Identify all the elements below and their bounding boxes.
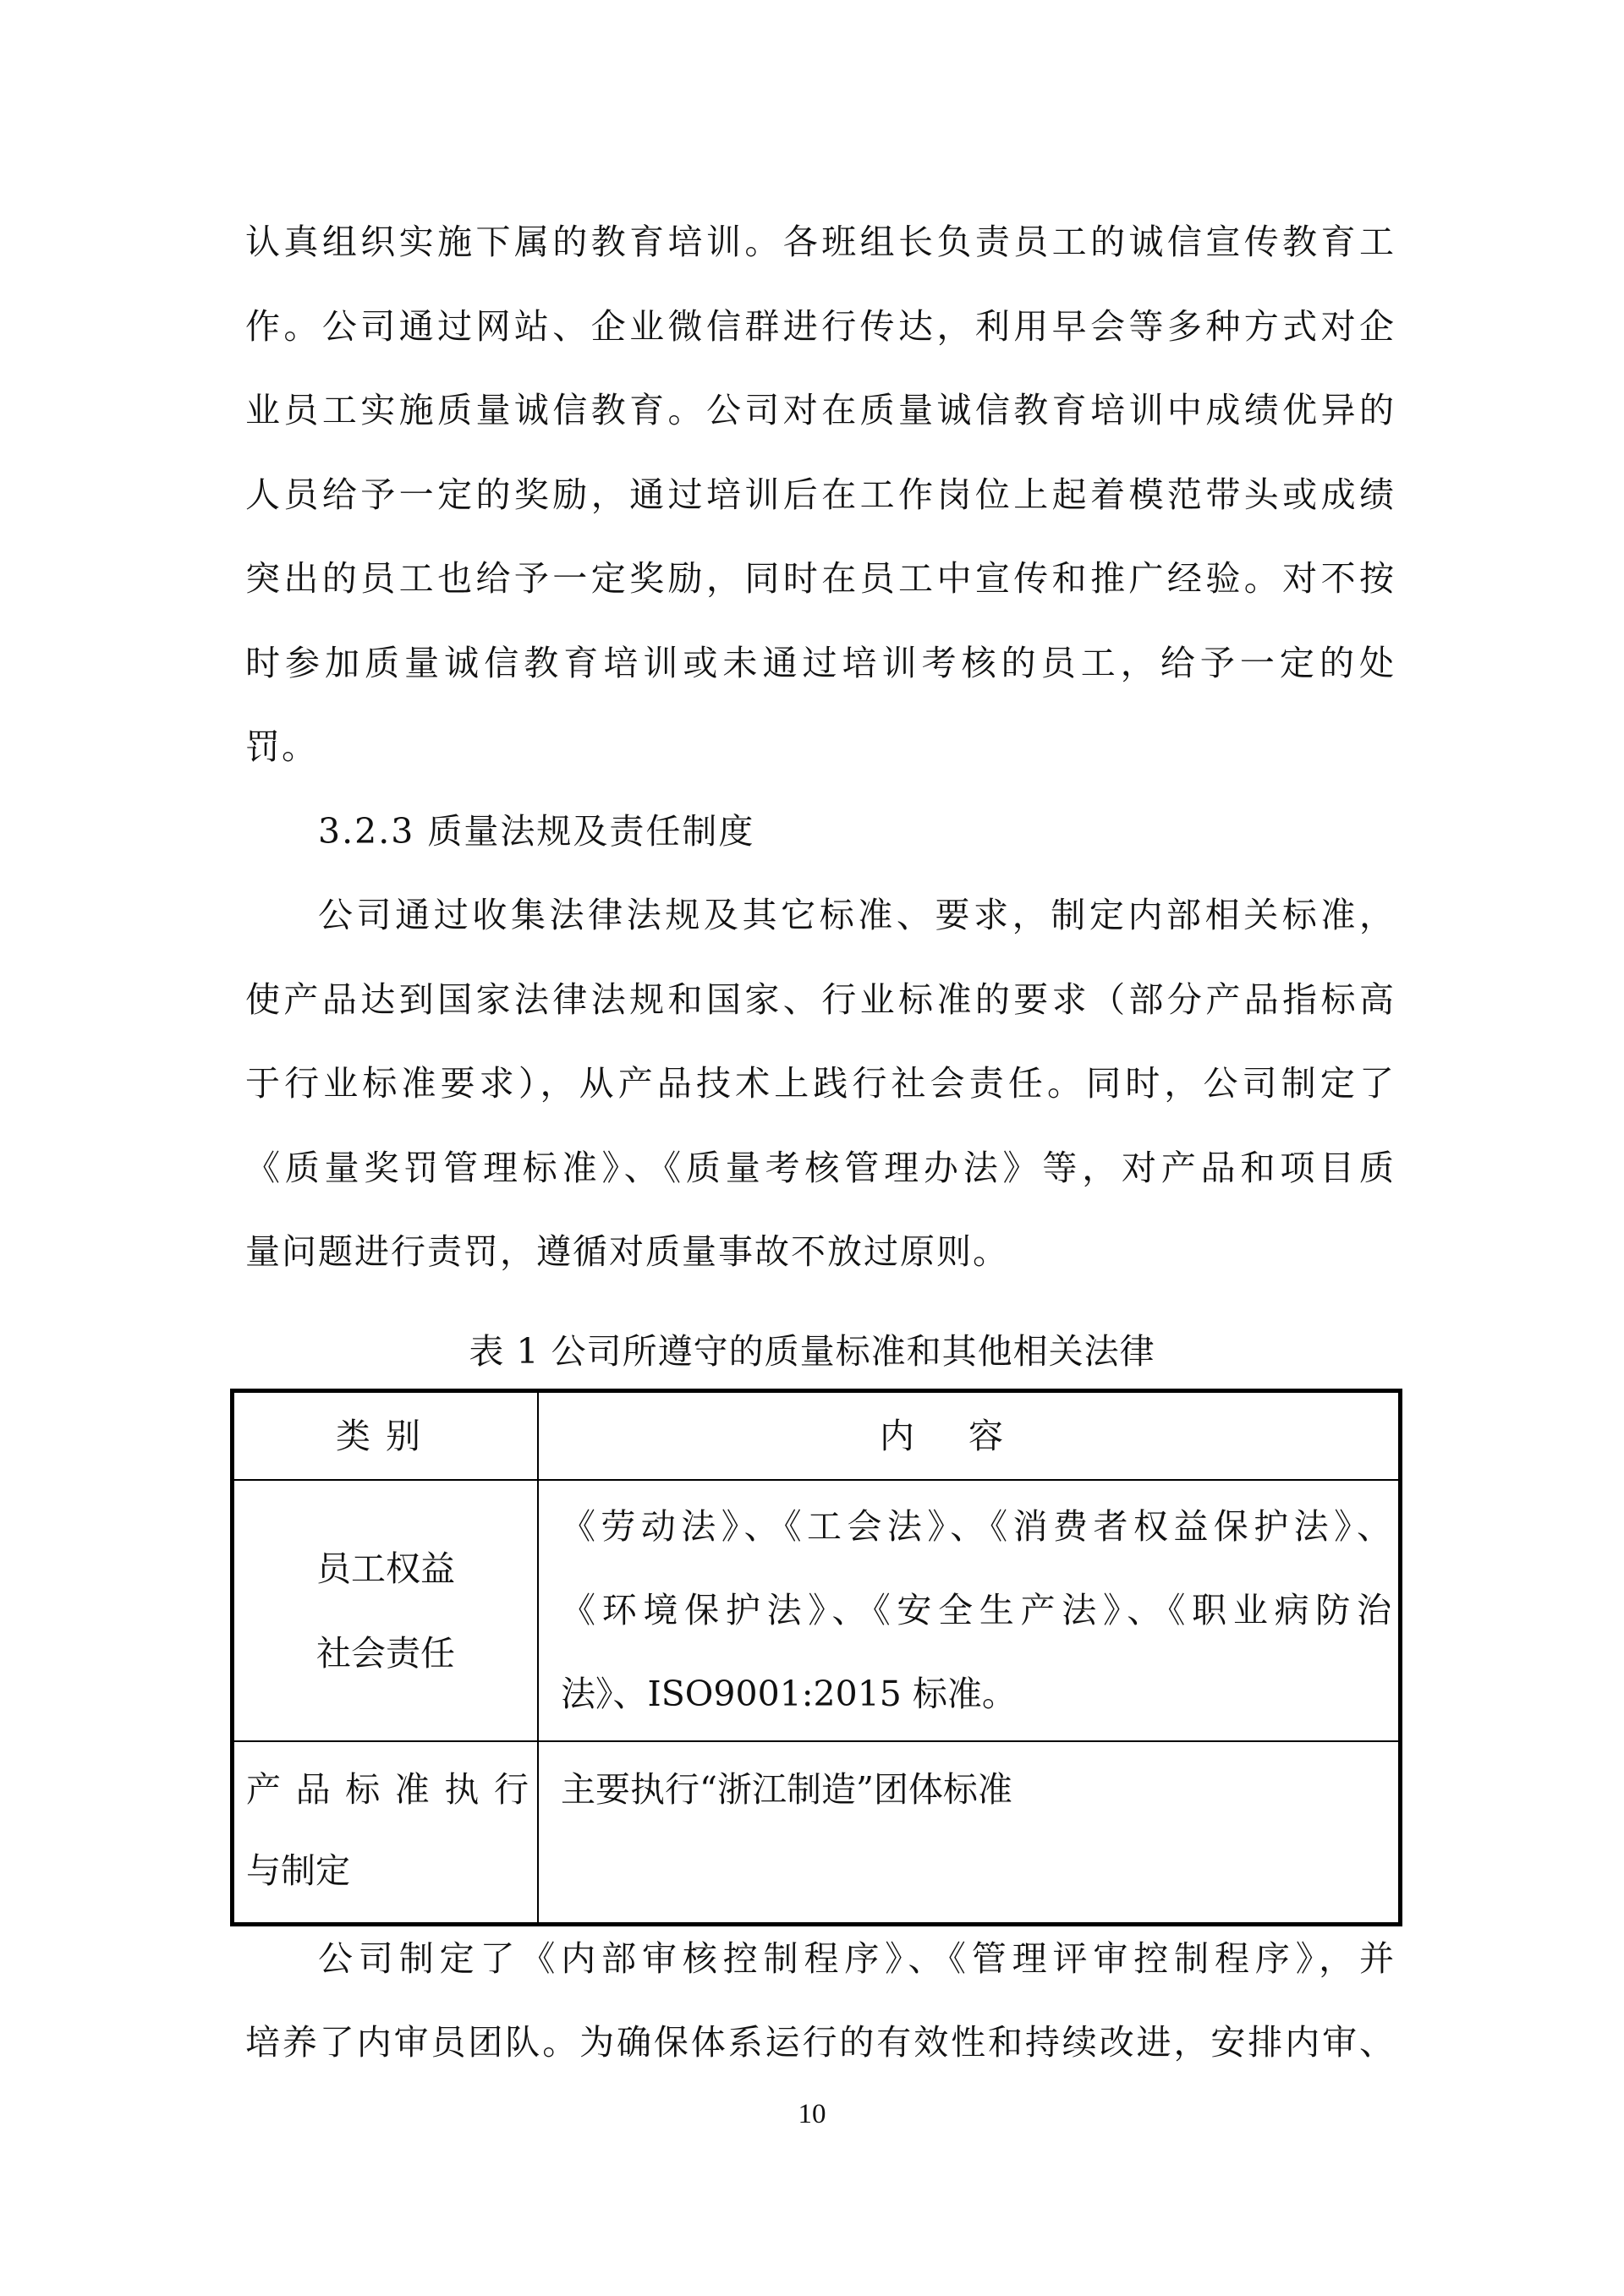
header-content: 内容 [538,1391,1401,1481]
header-category: 类别 [233,1391,539,1481]
page-number: 10 [0,2097,1624,2131]
table-row: 产品标准执行 与制定 主要执行“浙江制造”团体标准 [233,1741,1401,1925]
text-line: 时参加质量诚信教育培训或未通过培训考核的员工，给予一定的处 [245,639,1396,687]
text-line: 人员给予一定的奖励，通过培训后在工作岗位上起着模范带头或成绩 [245,471,1396,518]
category-line: 与制定 [246,1830,532,1911]
content-line: 《环境保护法》、《安全生产法》、《职业病防治 [561,1569,1391,1652]
text-line: 公司制定了《内部审核控制程序》、《管理评审控制程序》，并 [318,1935,1396,1982]
content-line: 《劳动法》、《工会法》、《消费者权益保护法》、 [561,1485,1391,1569]
content-line: 法》、ISO9001:2015 标准。 [561,1652,1391,1736]
text-line: 于行业标准要求），从产品技术上践行社会责任。同时，公司制定了 [245,1060,1396,1107]
table-row: 员工权益 社会责任 《劳动法》、《工会法》、《消费者权益保护法》、 《环境保护法… [233,1480,1401,1741]
text-line: 认真组织实施下属的教育培训。各班组长负责员工的诚信宣传教育工 [245,218,1396,266]
table-header-row: 类别 内容 [233,1391,1401,1481]
content-cell: 主要执行“浙江制造”团体标准 [538,1741,1401,1925]
content-line: 主要执行“浙江制造”团体标准 [561,1769,1012,1810]
section-heading: 3.2.3 质量法规及责任制度 [318,808,1396,855]
category-cell: 员工权益 社会责任 [233,1480,539,1741]
content-cell: 《劳动法》、《工会法》、《消费者权益保护法》、 《环境保护法》、《安全生产法》、… [538,1480,1401,1741]
category-line: 员工权益 [234,1526,537,1611]
text-line: 公司通过收集法律法规及其它标准、要求，制定内部相关标准， [318,891,1396,939]
category-line: 产品标准执行 [246,1749,532,1830]
text-line: 业员工实施质量诚信教育。公司对在质量诚信教育培训中成绩优异的 [245,386,1396,434]
text-line: 量问题进行责罚，遵循对质量事故不放过原则。 [245,1228,1396,1275]
table-caption: 表 1 公司所遵守的质量标准和其他相关法律 [0,1328,1624,1375]
category-line: 社会责任 [234,1611,537,1696]
text-line: 培养了内审员团队。为确保体系运行的有效性和持续改进，安排内审、 [245,2019,1396,2066]
text-line: 罚。 [245,723,1396,770]
category-cell: 产品标准执行 与制定 [233,1741,539,1925]
text-line: 突出的员工也给予一定奖励，同时在员工中宣传和推广经验。对不按 [245,555,1396,602]
standards-table: 类别 内容 员工权益 社会责任 《劳动法》、《工会法》、《消费者权益保护法》、 … [230,1389,1402,1926]
document-page: 认真组织实施下属的教育培训。各班组长负责员工的诚信宣传教育工 作。公司通过网站、… [0,0,1624,2296]
text-line: 使产品达到国家法律法规和国家、行业标准的要求（部分产品指标高 [245,976,1396,1023]
text-line: 《质量奖罚管理标准》、《质量考核管理办法》等，对产品和项目质 [245,1144,1396,1192]
text-line: 作。公司通过网站、企业微信群进行传达，利用早会等多种方式对企 [245,303,1396,350]
